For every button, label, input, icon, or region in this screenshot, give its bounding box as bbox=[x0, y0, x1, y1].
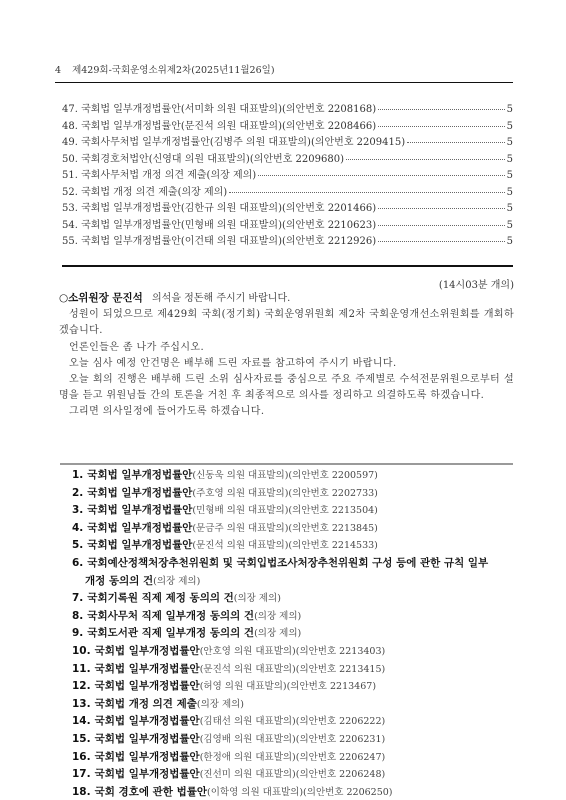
agenda-note: (이학영 의원 대표발의)(의안번호 2206250) bbox=[207, 787, 393, 798]
toc-title: 국회법 개정 의견 제출(의장 제의) bbox=[81, 183, 227, 198]
agenda-number: 3. bbox=[72, 504, 83, 516]
agenda-item: 1.국회법 일부개정법률안(신동욱 의원 대표발의)(의안번호 2200597) bbox=[72, 467, 517, 485]
agenda-note: (김영배 의원 대표발의)(의안번호 2206231) bbox=[200, 734, 386, 745]
agenda-note: (문진석 의원 대표발의)(의안번호 2214533) bbox=[192, 540, 378, 551]
agenda-number: 9. bbox=[72, 627, 83, 639]
agenda-title: 국회법 개정 의견 제출 bbox=[95, 698, 197, 710]
agenda-number: 12. bbox=[72, 680, 91, 692]
agenda-title: 국회법 일부개정법률안 bbox=[87, 469, 192, 481]
agenda-item: 4.국회법 일부개정법률안(문금주 의원 대표발의)(의안번호 2213845) bbox=[72, 520, 517, 538]
agenda-note: (의장 제의) bbox=[234, 593, 281, 604]
statement-paragraph: 언론인들은 좀 나가 주십시오. bbox=[59, 340, 514, 356]
toc-title: 국회법 일부개정법률안(민형배 의원 대표발의)(의안번호 2210623) bbox=[81, 216, 376, 231]
toc-page: 5 bbox=[507, 137, 513, 148]
agenda-note: (주호영 의원 대표발의)(의안번호 2202733) bbox=[192, 488, 378, 499]
agenda-item: 7.국회기록원 직제 제정 동의의 건(의장 제의) bbox=[72, 590, 517, 608]
statement-paragraph: 오늘 회의 진행은 배부해 드린 소위 심사자료를 중심으로 주요 주제별로 수… bbox=[59, 372, 514, 404]
page-number: 4 bbox=[55, 65, 61, 76]
agenda-note: (안호영 의원 대표발의)(의안번호 2213403) bbox=[200, 646, 386, 657]
agenda-item: 17.국회법 일부개정법률안(진선미 의원 대표발의)(의안번호 2206248… bbox=[72, 766, 517, 784]
agenda-number: 16. bbox=[72, 751, 91, 763]
toc-page: 5 bbox=[507, 203, 513, 214]
agenda-title: 국회도서관 직제 일부개정 동의의 건 bbox=[87, 627, 254, 639]
agenda-title: 국회법 일부개정법률안 bbox=[95, 663, 200, 675]
table-of-contents: 47. 국회법 일부개정법률안(서미화 의원 대표발의)(의안번호 220816… bbox=[62, 100, 513, 249]
agenda-number: 2. bbox=[72, 487, 83, 499]
toc-entry: 52. 국회법 개정 의견 제출(의장 제의)5 bbox=[62, 183, 513, 200]
session-open-time: (14시03분 개의) bbox=[439, 276, 514, 291]
toc-title: 국회법 일부개정법률안(김한규 의원 대표발의)(의안번호 2201466) bbox=[81, 199, 376, 214]
toc-entry: 54. 국회법 일부개정법률안(민형배 의원 대표발의)(의안번호 221062… bbox=[62, 216, 513, 233]
agenda-item: 16.국회법 일부개정법률안(한정애 의원 대표발의)(의안번호 2206247… bbox=[72, 749, 517, 767]
toc-entry: 51. 국회사무처법 개정 의견 제출(의장 제의)5 bbox=[62, 166, 513, 183]
agenda-number: 13. bbox=[72, 698, 91, 710]
toc-title: 국회법 일부개정법률안(이건태 의원 대표발의)(의안번호 2212926) bbox=[81, 232, 376, 247]
agenda-title: 국회법 일부개정법률안 bbox=[95, 751, 200, 763]
dot-leader bbox=[378, 225, 504, 226]
toc-entry: 55. 국회법 일부개정법률안(이건태 의원 대표발의)(의안번호 221292… bbox=[62, 232, 513, 249]
agenda-title: 국회법 일부개정법률안 bbox=[87, 487, 192, 499]
toc-entry: 47. 국회법 일부개정법률안(서미화 의원 대표발의)(의안번호 220816… bbox=[62, 100, 513, 117]
agenda-note: (진선미 의원 대표발의)(의안번호 2206248) bbox=[200, 769, 386, 780]
agenda-title: 국회법 일부개정법률안 bbox=[95, 733, 200, 745]
speaker-name: ○소위원장 문진석 bbox=[59, 292, 143, 304]
toc-title: 국회법 일부개정법률안(문진석 의원 대표발의)(의안번호 2208466) bbox=[81, 117, 376, 132]
toc-number: 55. bbox=[62, 236, 78, 247]
dot-leader bbox=[346, 159, 505, 160]
agenda-number: 1. bbox=[72, 469, 83, 481]
agenda-item: 2.국회법 일부개정법률안(주호영 의원 대표발의)(의안번호 2202733) bbox=[72, 485, 517, 503]
agenda-number: 4. bbox=[72, 522, 83, 534]
toc-number: 53. bbox=[62, 203, 78, 214]
agenda-list: 1.국회법 일부개정법률안(신동욱 의원 대표발의)(의안번호 2200597)… bbox=[72, 467, 517, 800]
agenda-number: 18. bbox=[72, 786, 91, 798]
dot-leader bbox=[258, 175, 504, 176]
agenda-note: (문진석 의원 대표발의)(의안번호 2213415) bbox=[200, 664, 386, 675]
agenda-note: (문금주 의원 대표발의)(의안번호 2213845) bbox=[192, 523, 378, 534]
agenda-note: (의장 제의) bbox=[254, 628, 301, 639]
toc-title: 국회사무처법 일부개정법률안(김병주 의원 대표발의)(의안번호 2209415… bbox=[81, 133, 405, 148]
agenda-divider bbox=[60, 463, 513, 465]
agenda-item: 6.국회예산정책처장추천위원회 및 국회입법조사처장추천위원회 구성 등에 관한… bbox=[72, 555, 517, 590]
agenda-item: 14.국회법 일부개정법률안(김태선 의원 대표발의)(의안번호 2206222… bbox=[72, 713, 517, 731]
dot-leader bbox=[378, 241, 504, 242]
agenda-title: 국회법 일부개정법률안 bbox=[95, 645, 200, 657]
agenda-title: 개정 동의의 건 bbox=[85, 575, 153, 587]
agenda-number: 5. bbox=[72, 539, 83, 551]
agenda-title: 국회기록원 직제 제정 동의의 건 bbox=[87, 592, 233, 604]
agenda-title: 국회법 일부개정법률안 bbox=[95, 768, 200, 780]
page-header: 4 제429회-국회운영소위제2차(2025년11월26일) bbox=[55, 62, 513, 83]
agenda-number: 15. bbox=[72, 733, 91, 745]
agenda-number: 11. bbox=[72, 663, 91, 675]
agenda-title: 국회사무처 직제 일부개정 동의의 건 bbox=[87, 610, 254, 622]
agenda-title: 국회법 일부개정법률안 bbox=[87, 504, 192, 516]
toc-title: 국회경호처법안(신영대 의원 대표발의)(의안번호 2209680) bbox=[81, 150, 344, 165]
toc-page: 5 bbox=[507, 220, 513, 231]
agenda-note: (한정애 의원 대표발의)(의안번호 2206247) bbox=[200, 752, 386, 763]
agenda-note: (의장 제의) bbox=[197, 699, 244, 710]
toc-title: 국회사무처법 개정 의견 제출(의장 제의) bbox=[81, 166, 256, 181]
agenda-title-continuation: 개정 동의의 건(의장 제의) bbox=[72, 573, 517, 591]
toc-entry: 53. 국회법 일부개정법률안(김한규 의원 대표발의)(의안번호 220146… bbox=[62, 199, 513, 216]
statement-text: 의석을 정돈해 주시기 바랍니다. bbox=[152, 293, 290, 304]
toc-entry: 49. 국회사무처법 일부개정법률안(김병주 의원 대표발의)(의안번호 220… bbox=[62, 133, 513, 150]
agenda-number: 17. bbox=[72, 768, 91, 780]
toc-number: 52. bbox=[62, 187, 78, 198]
dot-leader bbox=[229, 192, 504, 193]
dot-leader bbox=[378, 126, 504, 127]
agenda-note: (의장 제의) bbox=[254, 611, 301, 622]
toc-number: 47. bbox=[62, 104, 78, 115]
agenda-item: 11.국회법 일부개정법률안(문진석 의원 대표발의)(의안번호 2213415… bbox=[72, 661, 517, 679]
dot-leader bbox=[407, 142, 505, 143]
agenda-title: 국회예산정책처장추천위원회 및 국회입법조사처장추천위원회 구성 등에 관한 규… bbox=[87, 557, 488, 569]
agenda-number: 10. bbox=[72, 645, 91, 657]
agenda-item: 12.국회법 일부개정법률안(허영 의원 대표발의)(의안번호 2213467) bbox=[72, 678, 517, 696]
toc-page: 5 bbox=[507, 121, 513, 132]
agenda-note: (의장 제의) bbox=[153, 576, 200, 587]
statement-paragraph: 그리면 의사일정에 들어가도록 하겠습니다. bbox=[59, 404, 514, 420]
agenda-title: 국회법 일부개정법률안 bbox=[87, 522, 192, 534]
document-title: 제429회-국회운영소위제2차(2025년11월26일) bbox=[72, 65, 274, 76]
agenda-number: 6. bbox=[72, 557, 83, 569]
toc-title: 국회법 일부개정법률안(서미화 의원 대표발의)(의안번호 2208168) bbox=[81, 100, 376, 115]
agenda-item: 9.국회도서관 직제 일부개정 동의의 건(의장 제의) bbox=[72, 625, 517, 643]
agenda-item: 13.국회법 개정 의견 제출(의장 제의) bbox=[72, 696, 517, 714]
agenda-item: 3.국회법 일부개정법률안(민형배 의원 대표발의)(의안번호 2213504) bbox=[72, 502, 517, 520]
toc-entry: 48. 국회법 일부개정법률안(문진석 의원 대표발의)(의안번호 220846… bbox=[62, 117, 513, 134]
agenda-number: 7. bbox=[72, 592, 83, 604]
agenda-title: 국회법 일부개정법률안 bbox=[95, 715, 200, 727]
speaker-statement: ○소위원장 문진석 의석을 정돈해 주시기 바랍니다. bbox=[59, 290, 514, 307]
dot-leader bbox=[378, 208, 504, 209]
agenda-item: 8.국회사무처 직제 일부개정 동의의 건(의장 제의) bbox=[72, 608, 517, 626]
statement-paragraph: 오늘 심사 예정 안건명은 배부해 드린 자료를 참고하여 주시기 바랍니다. bbox=[59, 356, 514, 372]
toc-number: 54. bbox=[62, 220, 78, 231]
toc-entry: 50. 국회경호처법안(신영대 의원 대표발의)(의안번호 2209680)5 bbox=[62, 150, 513, 167]
section-divider bbox=[62, 265, 513, 267]
dot-leader bbox=[378, 109, 504, 110]
agenda-note: (신동욱 의원 대표발의)(의안번호 2200597) bbox=[192, 470, 378, 481]
statement-paragraph: 성원이 되었으므로 제429회 국회(정기회) 국회운영위원회 제2차 국회운영… bbox=[59, 307, 514, 339]
agenda-note: (민형배 의원 대표발의)(의안번호 2213504) bbox=[192, 505, 378, 516]
agenda-item: 5.국회법 일부개정법률안(문진석 의원 대표발의)(의안번호 2214533) bbox=[72, 537, 517, 555]
toc-page: 5 bbox=[507, 236, 513, 247]
agenda-number: 8. bbox=[72, 610, 83, 622]
toc-number: 49. bbox=[62, 137, 78, 148]
toc-page: 5 bbox=[507, 187, 513, 198]
toc-number: 48. bbox=[62, 121, 78, 132]
agenda-item: 18.국회 경호에 관한 법률안(이학영 의원 대표발의)(의안번호 22062… bbox=[72, 784, 517, 800]
agenda-title: 국회법 일부개정법률안 bbox=[87, 539, 192, 551]
toc-page: 5 bbox=[507, 154, 513, 165]
toc-page: 5 bbox=[507, 104, 513, 115]
agenda-title: 국회 경호에 관한 법률안 bbox=[95, 786, 207, 798]
agenda-item: 10.국회법 일부개정법률안(안호영 의원 대표발의)(의안번호 2213403… bbox=[72, 643, 517, 661]
toc-page: 5 bbox=[507, 170, 513, 181]
agenda-title: 국회법 일부개정법률안 bbox=[95, 680, 200, 692]
agenda-note: (김태선 의원 대표발의)(의안번호 2206222) bbox=[200, 716, 386, 727]
agenda-item: 15.국회법 일부개정법률안(김영배 의원 대표발의)(의안번호 2206231… bbox=[72, 731, 517, 749]
toc-number: 50. bbox=[62, 154, 78, 165]
meeting-minutes: ○소위원장 문진석 의석을 정돈해 주시기 바랍니다. 성원이 되었으므로 제4… bbox=[59, 290, 514, 421]
agenda-number: 14. bbox=[72, 715, 91, 727]
agenda-note: (허영 의원 대표발의)(의안번호 2213467) bbox=[200, 681, 376, 692]
toc-number: 51. bbox=[62, 170, 78, 181]
